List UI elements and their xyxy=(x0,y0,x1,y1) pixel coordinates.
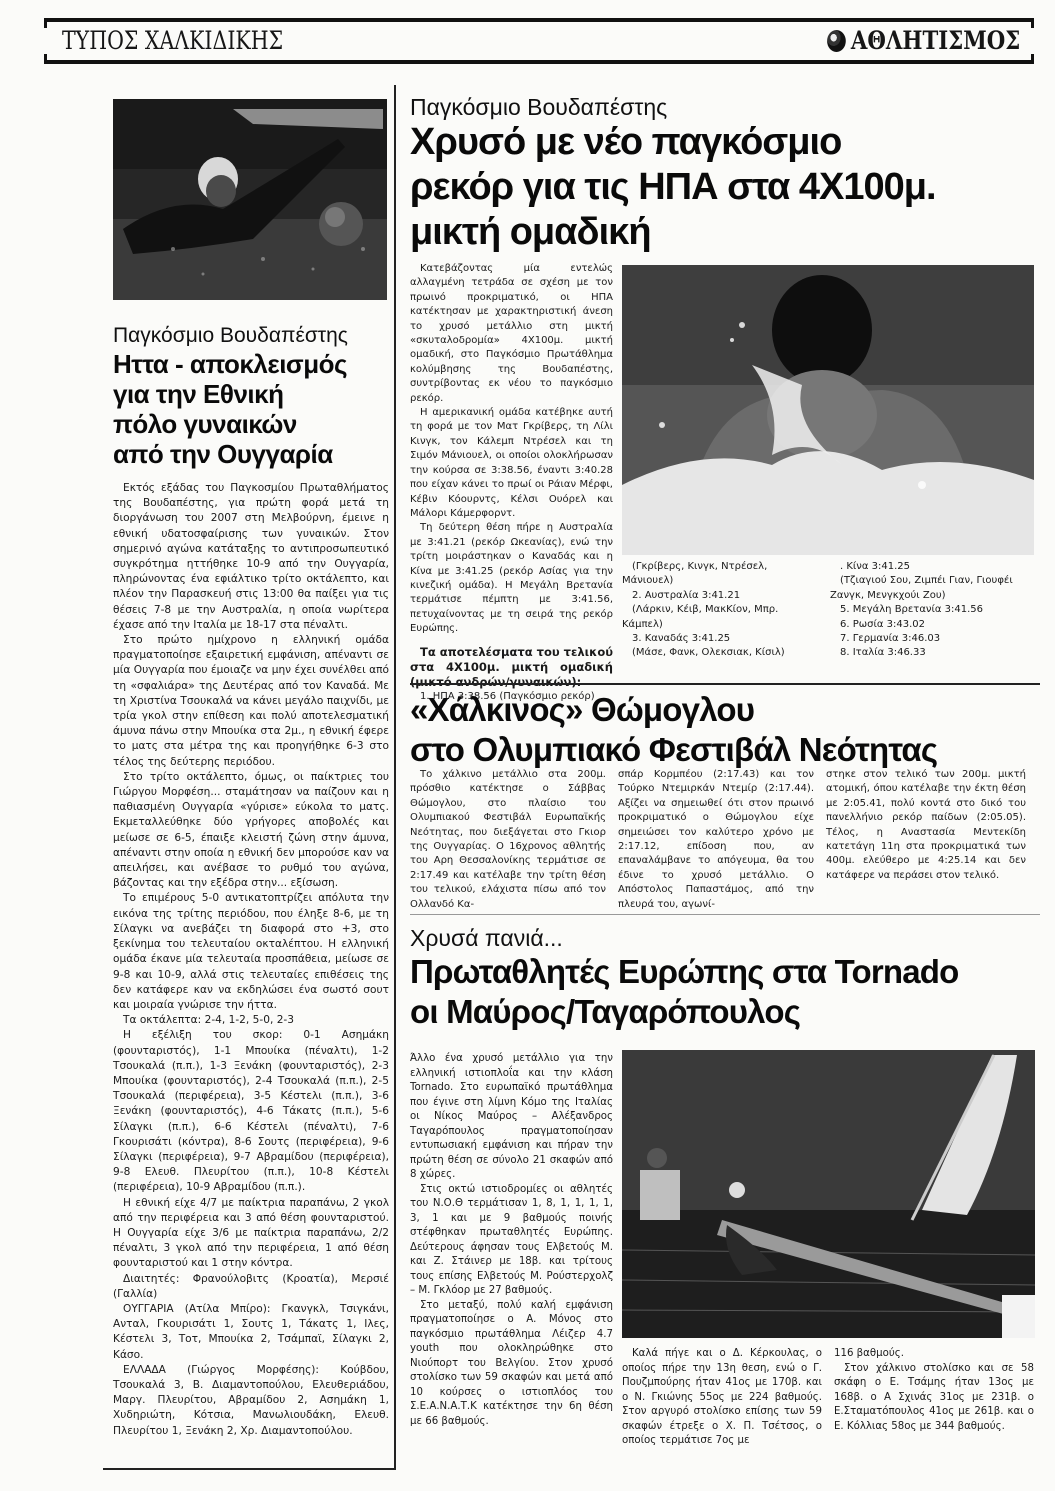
article-column-1: Το χάλκινο μετάλλιο στα 200μ. πρόσθιο κα… xyxy=(410,768,606,912)
article-body: Εκτός εξάδας του Παγκοσμίου Πρωταθλήματο… xyxy=(113,481,389,1439)
results-column-3: . Κίνα 3:41.25 (Τζιαγιού Σου, Ζιμπέι Για… xyxy=(830,560,1040,661)
result-line: 3. Καναδάς 3:41.25 xyxy=(622,632,817,646)
article-headline: Ηττα - αποκλεισμός για την Εθνική πόλο γ… xyxy=(113,349,393,469)
article-headline: Πρωταθλητές Ευρώπης στα Tornado οι Μαύρο… xyxy=(410,952,1050,1032)
result-line: (Μάσε, Φανκ, Ολεκσιακ, Κίσιλ) xyxy=(622,646,817,660)
article-column-2: σπάρ Κορμπέου (2:17.43) και τον Τούρκο Ν… xyxy=(618,768,814,912)
result-line: 6. Ρωσία 3:43.02 xyxy=(830,618,1040,632)
section-title: ΑΘΛΗΤΙΣΜΟΣ xyxy=(827,26,1020,55)
article-headline: «Χάλκινος» Θώμογλου στο Ολυμπιακό Φεστιβ… xyxy=(410,690,1040,770)
article-kicker: Παγκόσμιο Βουδαπέστης xyxy=(113,323,348,349)
article-column-2: Καλά πήγε και ο Δ. Κέρκουλας, ο οποίος π… xyxy=(622,1347,822,1449)
result-line: 7. Γερμανία 3:46.03 xyxy=(830,632,1040,646)
rule-tick xyxy=(44,18,47,28)
result-line: (Τζιαγιού Σου, Ζιμπέι Γιαν, Γιουφέι Ζανγ… xyxy=(830,574,1040,603)
result-line: 8. Ιταλία 3:46.33 xyxy=(830,646,1040,660)
result-line: 2. Αυστραλία 3:41.21 xyxy=(622,589,817,603)
article-column-3: 116 βαθμούς. Στον χάλκινο στολίσκο και σ… xyxy=(834,1347,1034,1434)
article-kicker: Παγκόσμιο Βουδαπέστης xyxy=(410,94,667,120)
article-body: Κατεβάζοντας μία εντελώς αλλαγμένη τετρά… xyxy=(410,262,613,704)
masthead: ΤΥΠΟΣ ΧΑΛΚΙΔΙΚΗΣ ΑΘΛΗΤΙΣΜΟΣ xyxy=(44,18,1034,64)
article-column-3: στηκε στον τελικό των 200μ. μικτή ατομικ… xyxy=(826,768,1026,883)
article-kicker: Χρυσά πανιά... xyxy=(410,925,563,951)
section-divider xyxy=(410,683,1040,685)
water-polo-article: Παγκόσμιο Βουδαπέστης Ηττα - αποκλεισμός… xyxy=(103,85,396,1470)
article-body: Άλλο ένα χρυσό μετάλλιο για την ελληνική… xyxy=(410,1052,613,1429)
catamaran-photo xyxy=(622,1050,1035,1338)
section-label: ΑΘΛΗΤΙΣΜΟΣ xyxy=(851,26,1020,55)
masthead-bottom-rule xyxy=(44,60,1034,64)
results-column-2: (Γκρίβερς, Κινγκ, Ντρέσελ, Μάνιουελ) 2. … xyxy=(622,560,817,661)
swimmer-photo xyxy=(622,265,1034,555)
newspaper-name: ΤΥΠΟΣ ΧΑΛΚΙΔΙΚΗΣ xyxy=(62,26,283,55)
section-divider xyxy=(410,914,1040,915)
result-line: (Γκρίβερς, Κινγκ, Ντρέσελ, Μάνιουελ) xyxy=(622,560,817,589)
masthead-top-rule xyxy=(44,18,1034,22)
result-line: (Λάρκιν, Κέιβ, ΜακΚίον, Μπρ. Κάμπελ) xyxy=(622,603,817,632)
water-polo-photo xyxy=(113,99,387,300)
result-line: 5. Μεγάλη Βρετανία 3:41.56 xyxy=(830,603,1040,617)
result-line: . Κίνα 3:41.25 xyxy=(830,560,1040,574)
rule-tick xyxy=(1031,18,1034,28)
soccer-ball-icon xyxy=(827,30,846,52)
article-headline: Χρυσό με νέο παγκόσμιο ρεκόρ για τις ΗΠΑ… xyxy=(410,120,1030,255)
